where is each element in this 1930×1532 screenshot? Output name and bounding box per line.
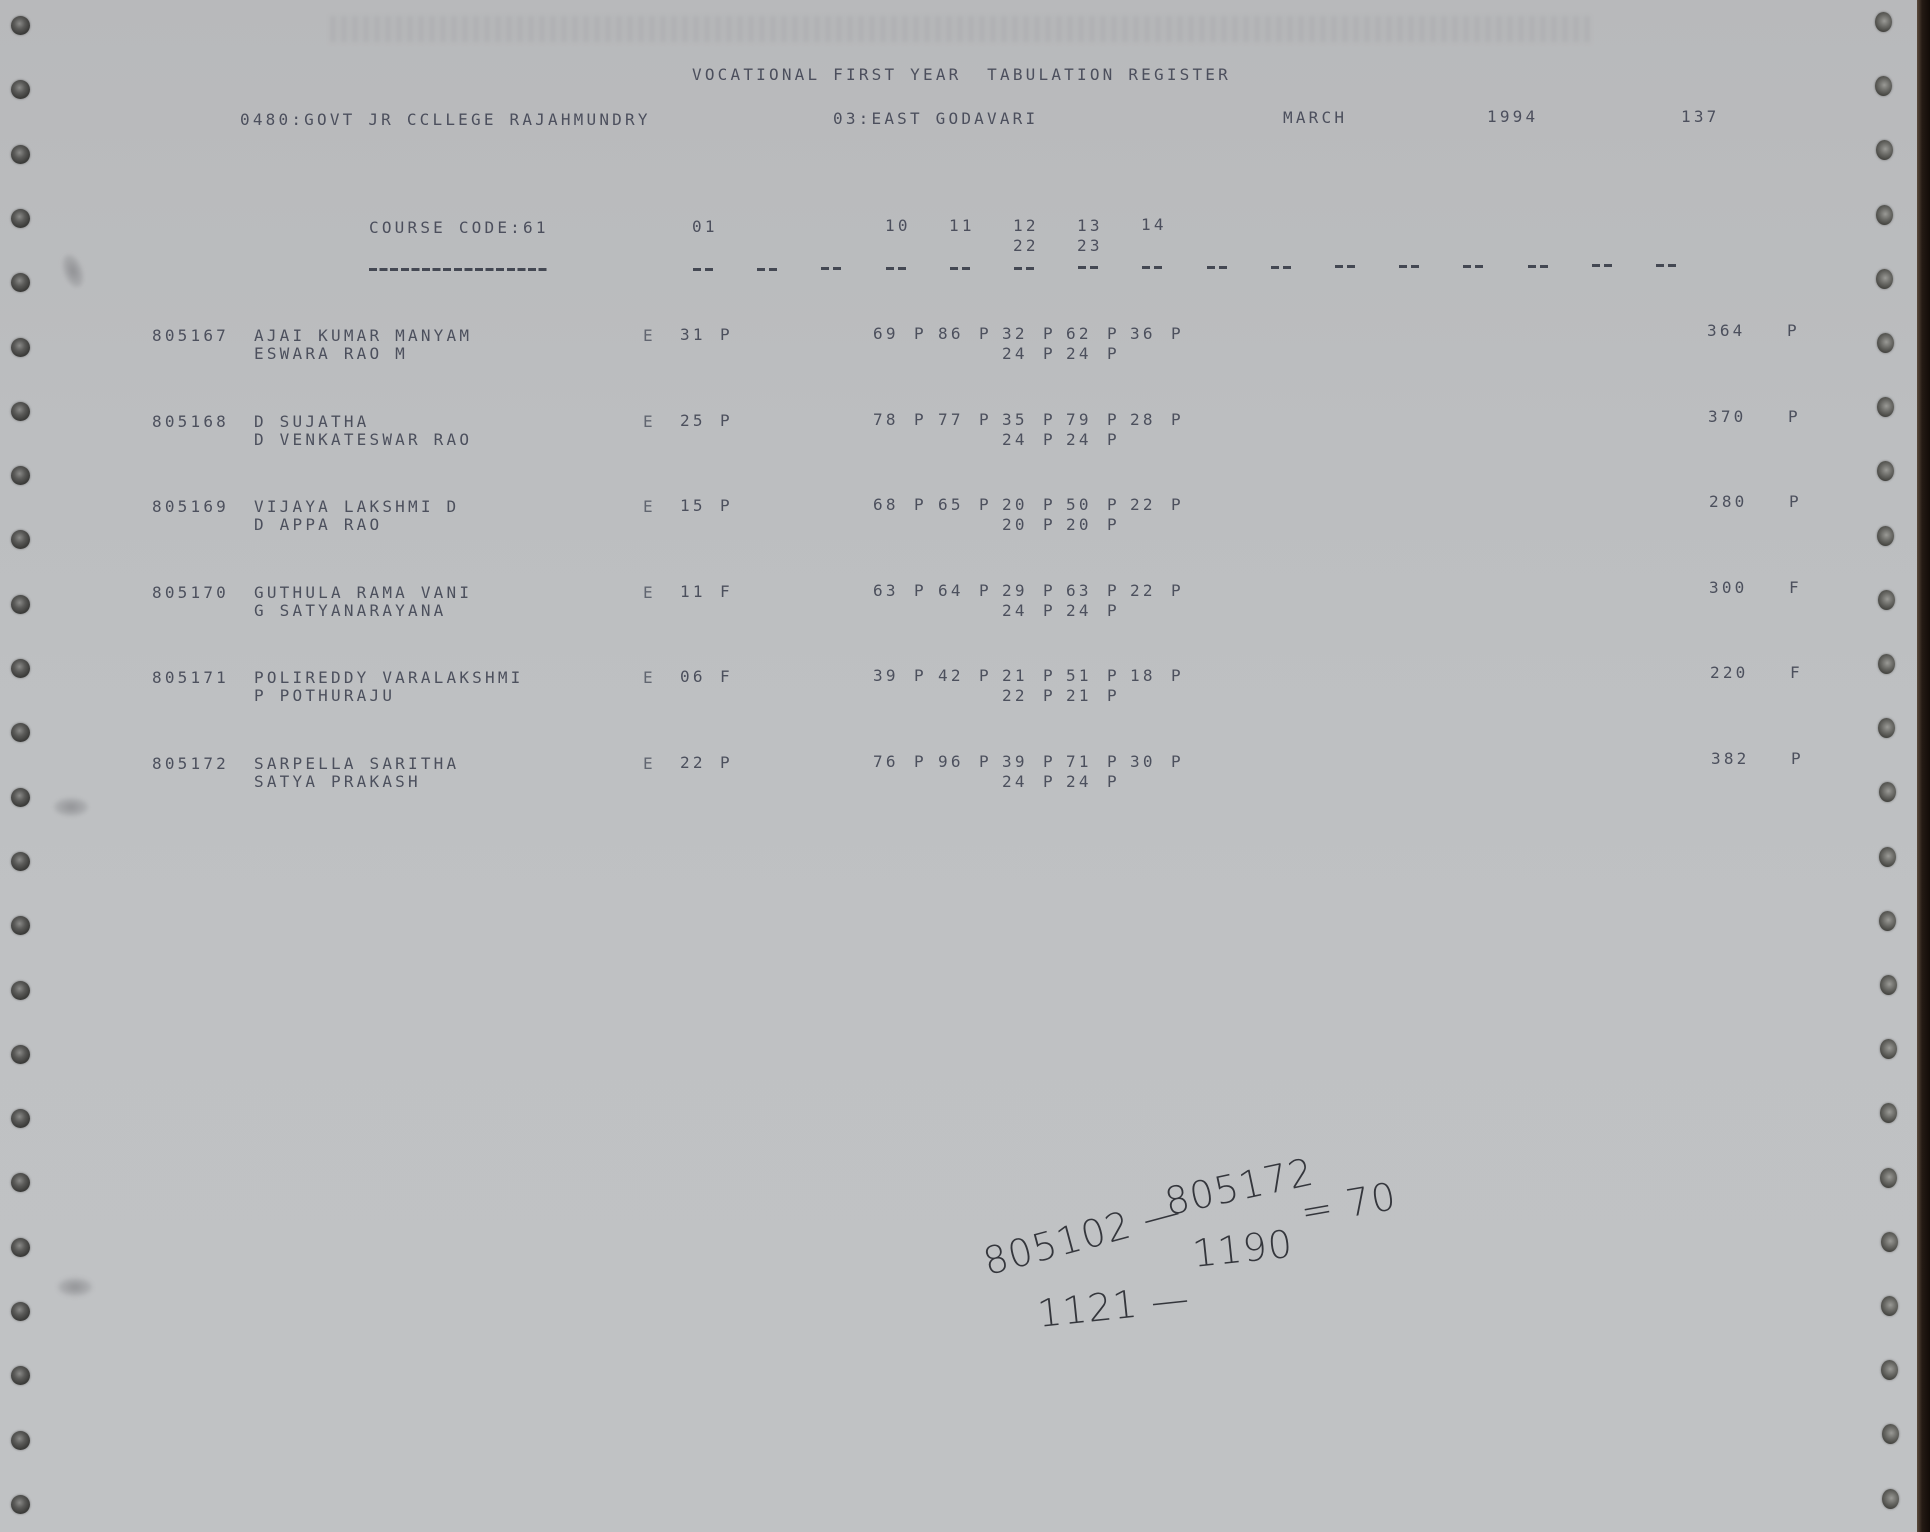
student-name: GUTHULA RAMA VANI <box>254 584 472 602</box>
marks-11: 64 <box>938 582 964 600</box>
marks-01: 25 <box>680 412 706 430</box>
column-separator-dash <box>1463 265 1483 268</box>
student-name: SARPELLA SARITHA <box>254 755 459 773</box>
result-22: P <box>1043 602 1056 620</box>
father-name: SATYA PRAKASH <box>254 773 421 791</box>
total-marks: 220 <box>1710 664 1749 682</box>
result-01: P <box>720 497 733 515</box>
student-name: VIJAYA LAKSHMI D <box>254 498 459 516</box>
result-22: P <box>1043 516 1056 534</box>
marks-23: 21 <box>1066 687 1092 705</box>
column-separator-dash <box>1528 265 1548 268</box>
total-marks: 364 <box>1707 322 1746 340</box>
perforation-hole-icon <box>1876 205 1893 225</box>
student-name: AJAI KUMAR MANYAM <box>254 327 472 345</box>
marks-13: 63 <box>1066 582 1092 600</box>
marks-14: 22 <box>1130 582 1156 600</box>
marks-11: 42 <box>938 667 964 685</box>
roll-number: 805168 <box>152 413 229 431</box>
marks-22: 24 <box>1002 345 1028 363</box>
marks-22: 20 <box>1002 516 1028 534</box>
result-13: P <box>1107 325 1120 343</box>
final-result: P <box>1791 750 1804 768</box>
result-12: P <box>1043 753 1056 771</box>
medium-code: E <box>643 755 656 773</box>
perforation-hole-icon <box>1881 1232 1898 1252</box>
perforation-hole-icon <box>11 16 30 35</box>
marks-11: 65 <box>938 496 964 514</box>
perforation-hole-icon <box>11 1238 30 1257</box>
result-11: P <box>979 325 992 343</box>
marks-11: 86 <box>938 325 964 343</box>
result-10: P <box>914 325 927 343</box>
subject-code-12: 12 <box>1013 217 1039 235</box>
result-13: P <box>1107 411 1120 429</box>
marks-12: 35 <box>1002 411 1028 429</box>
marks-11: 96 <box>938 753 964 771</box>
result-13: P <box>1107 667 1120 685</box>
result-13: P <box>1107 753 1120 771</box>
marks-14: 22 <box>1130 496 1156 514</box>
perforation-hole-icon <box>11 595 30 614</box>
perforation-hole-icon <box>11 659 30 678</box>
marks-14: 30 <box>1130 753 1156 771</box>
marks-01: 11 <box>680 583 706 601</box>
perforation-hole-icon <box>1878 590 1895 610</box>
perforation-hole-icon <box>1881 1296 1898 1316</box>
perforation-hole-icon <box>11 466 30 485</box>
result-22: P <box>1043 687 1056 705</box>
total-marks: 280 <box>1709 493 1748 511</box>
medium-code: E <box>643 327 656 345</box>
column-separator-dash <box>1335 265 1355 268</box>
result-13: P <box>1107 582 1120 600</box>
marks-14: 18 <box>1130 667 1156 685</box>
result-22: P <box>1043 773 1056 791</box>
result-11: P <box>979 496 992 514</box>
marks-23: 24 <box>1066 431 1092 449</box>
result-11: P <box>979 667 992 685</box>
marks-10: 39 <box>873 667 899 685</box>
medium-code: E <box>643 669 656 687</box>
marks-22: 24 <box>1002 773 1028 791</box>
subject-code-11: 11 <box>949 217 975 235</box>
course-code-underline <box>369 268 549 271</box>
roll-number: 805169 <box>152 498 229 516</box>
marks-13: 71 <box>1066 753 1092 771</box>
perforation-hole-icon <box>11 338 30 357</box>
perforation-hole-icon <box>11 1109 30 1128</box>
result-01: P <box>720 754 733 772</box>
student-name: D SUJATHA <box>254 413 370 431</box>
marks-01: 06 <box>680 668 706 686</box>
marks-13: 50 <box>1066 496 1092 514</box>
result-23: P <box>1107 773 1120 791</box>
column-separator-dash <box>757 268 777 271</box>
marks-23: 24 <box>1066 345 1092 363</box>
result-11: P <box>979 753 992 771</box>
perforation-hole-icon <box>1880 975 1897 995</box>
final-result: P <box>1789 493 1802 511</box>
perforation-hole-icon <box>11 145 30 164</box>
exam-month: MARCH <box>1283 109 1347 127</box>
marks-13: 62 <box>1066 325 1092 343</box>
result-01: F <box>720 668 733 686</box>
marks-13: 79 <box>1066 411 1092 429</box>
marks-23: 24 <box>1066 773 1092 791</box>
result-10: P <box>914 582 927 600</box>
page-number: 137 <box>1681 108 1720 126</box>
perforation-hole-icon <box>11 209 30 228</box>
marks-10: 78 <box>873 411 899 429</box>
medium-code: E <box>643 584 656 602</box>
subject-code-10: 10 <box>885 217 911 235</box>
medium-code: E <box>643 413 656 431</box>
marks-14: 36 <box>1130 325 1156 343</box>
smudge <box>58 1278 92 1296</box>
perforation-hole-icon <box>11 1045 30 1064</box>
perforation-hole-icon <box>11 1302 30 1321</box>
marks-10: 76 <box>873 753 899 771</box>
column-separator-dash <box>1271 266 1291 269</box>
perforation-hole-icon <box>11 788 30 807</box>
marks-01: 31 <box>680 326 706 344</box>
result-01: P <box>720 412 733 430</box>
perforation-hole-icon <box>1876 269 1893 289</box>
perforation-hole-icon <box>11 852 30 871</box>
register-title: VOCATIONAL FIRST YEAR TABULATION REGISTE… <box>692 66 1231 84</box>
marks-22: 24 <box>1002 431 1028 449</box>
perforation-hole-icon <box>11 981 30 1000</box>
perforation-hole-icon <box>1882 1489 1899 1509</box>
medium-code: E <box>643 498 656 516</box>
result-23: P <box>1107 431 1120 449</box>
result-11: P <box>979 582 992 600</box>
result-01: F <box>720 583 733 601</box>
result-14: P <box>1171 667 1184 685</box>
perforation-hole-icon <box>1877 333 1894 353</box>
result-12: P <box>1043 411 1056 429</box>
marks-01: 22 <box>680 754 706 772</box>
result-14: P <box>1171 753 1184 771</box>
column-separator-dash <box>1592 264 1612 267</box>
result-12: P <box>1043 582 1056 600</box>
roll-number: 805167 <box>152 327 229 345</box>
perforation-hole-icon <box>1877 526 1894 546</box>
column-separator-dash <box>950 267 970 270</box>
perforation-hole-icon <box>1879 911 1896 931</box>
result-12: P <box>1043 667 1056 685</box>
perforation-hole-icon <box>1878 654 1895 674</box>
column-separator-dash <box>1656 264 1676 267</box>
subject-code-22: 22 <box>1013 237 1039 255</box>
marks-11: 77 <box>938 411 964 429</box>
column-separator-dash <box>693 268 713 271</box>
final-result: F <box>1790 664 1803 682</box>
result-11: P <box>979 411 992 429</box>
roll-number: 805171 <box>152 669 229 687</box>
column-separator-dash <box>821 267 841 270</box>
column-separator-dash <box>1142 266 1162 269</box>
result-10: P <box>914 496 927 514</box>
perforation-hole-icon <box>1879 847 1896 867</box>
result-14: P <box>1171 325 1184 343</box>
result-12: P <box>1043 325 1056 343</box>
marks-12: 21 <box>1002 667 1028 685</box>
result-14: P <box>1171 411 1184 429</box>
paper-edge-shadow <box>1917 0 1930 1532</box>
marks-13: 51 <box>1066 667 1092 685</box>
father-name: G SATYANARAYANA <box>254 602 447 620</box>
marks-12: 39 <box>1002 753 1028 771</box>
marks-10: 68 <box>873 496 899 514</box>
father-name: P POTHURAJU <box>254 687 395 705</box>
result-23: P <box>1107 687 1120 705</box>
result-10: P <box>914 753 927 771</box>
marks-12: 29 <box>1002 582 1028 600</box>
marks-23: 20 <box>1066 516 1092 534</box>
marks-10: 69 <box>873 325 899 343</box>
column-separator-dash <box>1399 265 1419 268</box>
result-13: P <box>1107 496 1120 514</box>
marks-12: 20 <box>1002 496 1028 514</box>
result-01: P <box>720 326 733 344</box>
total-marks: 300 <box>1709 579 1748 597</box>
bleed-through-text <box>330 16 1590 42</box>
marks-10: 63 <box>873 582 899 600</box>
perforation-hole-icon <box>11 1495 30 1514</box>
college-name: 0480:GOVT JR CCLLEGE RAJAHMUNDRY <box>240 111 651 129</box>
subject-code-23: 23 <box>1077 237 1103 255</box>
result-22: P <box>1043 345 1056 363</box>
marks-12: 32 <box>1002 325 1028 343</box>
result-23: P <box>1107 345 1120 363</box>
marks-23: 24 <box>1066 602 1092 620</box>
perforation-hole-icon <box>11 402 30 421</box>
father-name: D VENKATESWAR RAO <box>254 431 472 449</box>
student-name: POLIREDDY VARALAKSHMI <box>254 669 524 687</box>
district-name: 03:EAST GODAVARI <box>833 110 1038 128</box>
result-23: P <box>1107 516 1120 534</box>
father-name: ESWARA RAO M <box>254 345 408 363</box>
result-14: P <box>1171 496 1184 514</box>
result-14: P <box>1171 582 1184 600</box>
marks-14: 28 <box>1130 411 1156 429</box>
exam-year: 1994 <box>1487 108 1538 126</box>
roll-number: 805170 <box>152 584 229 602</box>
roll-number: 805172 <box>152 755 229 773</box>
column-separator-dash <box>1207 266 1227 269</box>
final-result: P <box>1788 408 1801 426</box>
subject-code-14: 14 <box>1141 216 1167 234</box>
course-code-label: COURSE CODE:61 <box>369 219 549 237</box>
perforation-hole-icon <box>1880 1168 1897 1188</box>
subject-code-01: 01 <box>692 218 718 236</box>
marks-22: 24 <box>1002 602 1028 620</box>
subject-code-13: 13 <box>1077 217 1103 235</box>
perforation-hole-icon <box>11 1431 30 1450</box>
result-12: P <box>1043 496 1056 514</box>
column-separator-dash <box>1078 266 1098 269</box>
result-10: P <box>914 411 927 429</box>
result-22: P <box>1043 431 1056 449</box>
result-23: P <box>1107 602 1120 620</box>
smudge <box>54 798 88 816</box>
column-separator-dash <box>886 267 906 270</box>
final-result: F <box>1789 579 1802 597</box>
column-separator-dash <box>1014 267 1034 270</box>
perforation-hole-icon <box>1875 12 1892 32</box>
result-10: P <box>914 667 927 685</box>
father-name: D APPA RAO <box>254 516 382 534</box>
total-marks: 370 <box>1708 408 1747 426</box>
marks-22: 22 <box>1002 687 1028 705</box>
marks-01: 15 <box>680 497 706 515</box>
total-marks: 382 <box>1711 750 1750 768</box>
final-result: P <box>1787 322 1800 340</box>
